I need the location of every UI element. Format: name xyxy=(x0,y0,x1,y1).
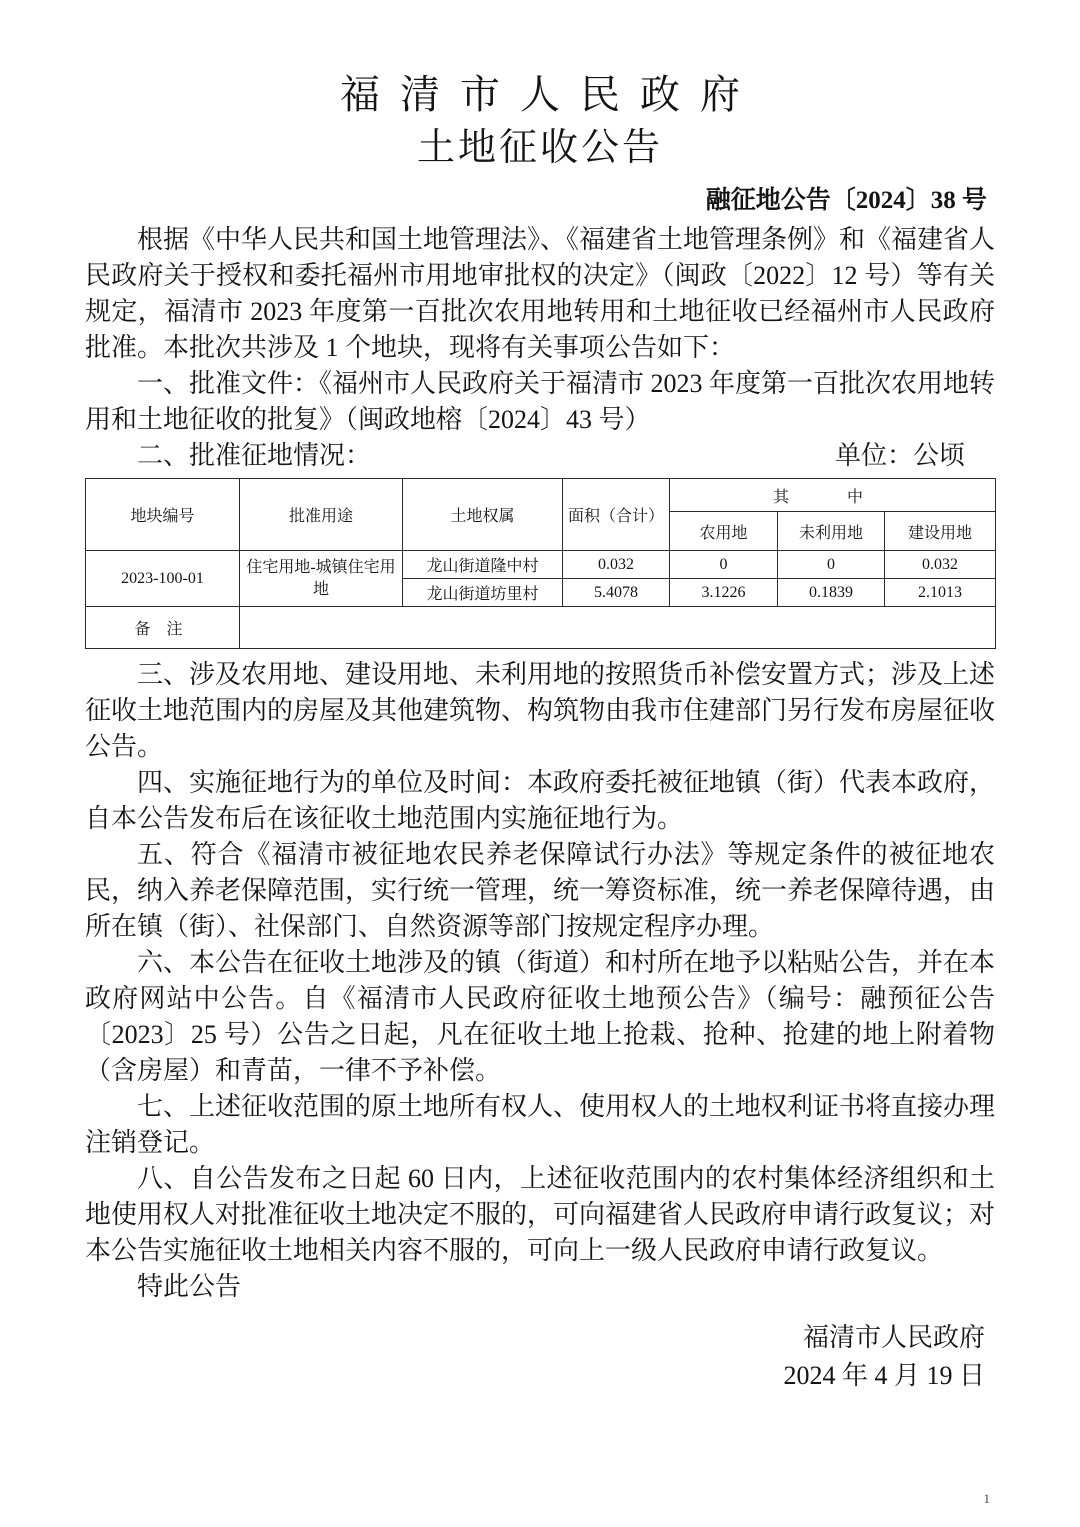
table-header-row-1: 地块编号 批准用途 土地权属 面积（合计） 其中 xyxy=(86,479,996,512)
remark-label: 备注 xyxy=(86,607,240,649)
paragraph-item-7: 七、上述征收范围的原土地所有权人、使用权人的土地权利证书将直接办理注销登记。 xyxy=(85,1089,995,1161)
signature-issuer: 福清市人民政府 xyxy=(85,1319,985,1357)
unit-label: 单位：公顷 xyxy=(835,438,995,474)
announcement-document: 福清市人民政府 土地征收公告 融征地公告〔2024〕38 号 根据《中华人民共和… xyxy=(0,0,1080,1395)
cell-total: 0.032 xyxy=(563,551,670,579)
cell-purpose: 住宅用地-城镇住宅用地 xyxy=(240,551,403,607)
header-agricultural: 农用地 xyxy=(670,512,778,551)
paragraph-intro: 根据《中华人民共和国土地管理法》、《福建省土地管理条例》和《福建省人民政府关于授… xyxy=(85,222,995,366)
cell-construction: 2.1013 xyxy=(885,579,996,607)
land-approval-table: 地块编号 批准用途 土地权属 面积（合计） 其中 农用地 未利用地 建设用地 2… xyxy=(85,478,996,649)
header-ownership: 土地权属 xyxy=(403,479,563,551)
document-title: 福清市人民政府 xyxy=(85,70,995,120)
paragraph-item-5: 五、符合《福清市被征地农民养老保障试行办法》等规定条件的被征地农民，纳入养老保障… xyxy=(85,837,995,945)
header-construction: 建设用地 xyxy=(885,512,996,551)
cell-ownership: 龙山街道坊里村 xyxy=(403,579,563,607)
cell-agricultural: 0 xyxy=(670,551,778,579)
paragraph-item-6: 六、本公告在征收土地涉及的镇（街道）和村所在地予以粘贴公告，并在本政府网站中公告… xyxy=(85,945,995,1089)
header-total-area: 面积（合计） xyxy=(563,479,670,551)
cell-total: 5.4078 xyxy=(563,579,670,607)
section-2-row: 二、批准征地情况： 单位：公顷 xyxy=(85,438,995,474)
cell-agricultural: 3.1226 xyxy=(670,579,778,607)
cell-unused: 0.1839 xyxy=(778,579,885,607)
header-plot-id: 地块编号 xyxy=(86,479,240,551)
paragraph-item-4: 四、实施征地行为的单位及时间：本政府委托被征地镇（街）代表本政府，自本公告发布后… xyxy=(85,765,995,837)
signature-block: 福清市人民政府 2024 年 4 月 19 日 xyxy=(85,1319,995,1395)
document-subtitle: 土地征收公告 xyxy=(85,124,995,172)
table-remark-row: 备注 xyxy=(86,607,996,649)
paragraph-item-3: 三、涉及农用地、建设用地、未利用地的按照货币补偿安置方式；涉及上述征收土地范围内… xyxy=(85,657,995,765)
closing-statement: 特此公告 xyxy=(85,1269,995,1305)
paragraph-item-1: 一、批准文件：《福州市人民政府关于福清市 2023 年度第一百批次农用地转用和土… xyxy=(85,366,995,438)
header-among: 其中 xyxy=(670,479,996,512)
table-row: 2023-100-01 住宅用地-城镇住宅用地 龙山街道隆中村 0.032 0 … xyxy=(86,551,996,579)
remark-value xyxy=(240,607,996,649)
signature-date: 2024 年 4 月 19 日 xyxy=(85,1357,985,1395)
cell-plot-id: 2023-100-01 xyxy=(86,551,240,607)
cell-construction: 0.032 xyxy=(885,551,996,579)
cell-ownership: 龙山街道隆中村 xyxy=(403,551,563,579)
cell-unused: 0 xyxy=(778,551,885,579)
document-number: 融征地公告〔2024〕38 号 xyxy=(85,186,995,216)
page-number: 1 xyxy=(984,1491,991,1507)
section-2-label: 二、批准征地情况： xyxy=(85,438,371,474)
header-purpose: 批准用途 xyxy=(240,479,403,551)
paragraph-item-8: 八、自公告发布之日起 60 日内，上述征收范围内的农村集体经济组织和土地使用权人… xyxy=(85,1161,995,1269)
header-unused: 未利用地 xyxy=(778,512,885,551)
